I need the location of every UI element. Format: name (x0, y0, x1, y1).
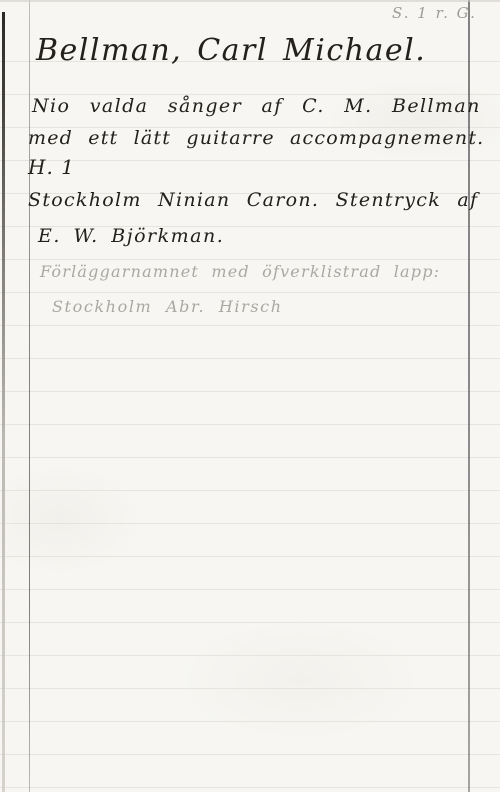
pencil-note-line-2: Stockholm Abr. Hirsch (52, 299, 283, 315)
title-line-1: Nio valda sånger af C. M. Bellman (32, 97, 481, 116)
imprint-line-1: Stockholm Ninian Caron. Stentryck af (28, 191, 478, 210)
author-heading: Bellman, Carl Michael. (36, 36, 426, 66)
shelf-mark-pencil: S. 1 r. G. (392, 6, 477, 21)
imprint-line-2: E. W. Björkman. (38, 227, 224, 246)
scan-edge-artifact (2, 12, 5, 792)
scan-edge-top (0, 0, 500, 2)
volume-designation: H. 1 (28, 157, 75, 177)
right-margin-rule (468, 0, 470, 792)
pencil-note-line-1: Förläggarnamnet med öfverklistrad lapp: (40, 264, 440, 280)
left-margin-rule (29, 0, 30, 792)
catalog-card-scan: S. 1 r. G. Bellman, Carl Michael. Nio va… (0, 0, 500, 792)
title-line-2: med ett lätt guitarre accompagnement. — (28, 129, 500, 148)
